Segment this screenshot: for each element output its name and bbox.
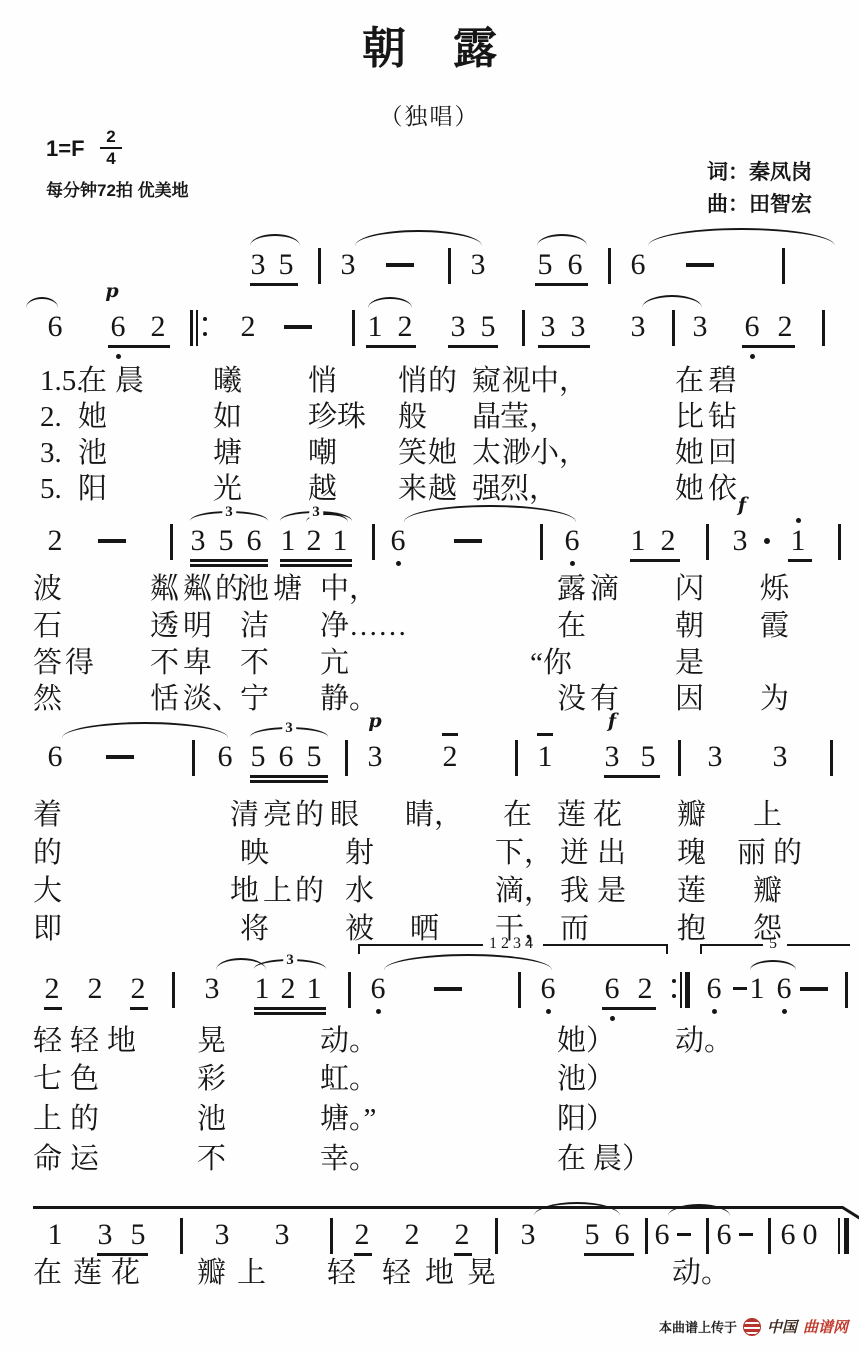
lyric-syllable: 莲: [557, 800, 586, 832]
note-digit: 6: [371, 974, 386, 1004]
lyric-syllable: 轻: [327, 1258, 356, 1290]
short-dash: [677, 1233, 691, 1236]
lyric-syllable: 睛，: [405, 800, 463, 832]
lyric-syllable: 下，: [495, 838, 553, 870]
barline: [170, 524, 173, 560]
lyric-syllable: 她: [675, 438, 704, 470]
tuplet-number: 3: [283, 953, 297, 968]
beam-underline: [254, 1007, 326, 1010]
note-digit: 2: [241, 312, 256, 342]
beam-underline: [250, 283, 298, 286]
note-digit: 2: [131, 974, 146, 1004]
note-digit: 5: [307, 742, 322, 772]
lyric-syllable: 在: [557, 1144, 586, 1176]
lyric-syllable: 将: [240, 914, 269, 946]
repeat-dot: [672, 979, 676, 983]
lyric-syllable: 虹。: [320, 1064, 378, 1096]
note-digit: 2: [151, 312, 166, 342]
lyric-syllable: 嘲: [308, 438, 337, 470]
phrase-top-line: [33, 1206, 843, 1209]
octave-dot-below: [116, 354, 121, 359]
lyric-syllable: 地: [425, 1258, 454, 1290]
lyric-syllable: 亮: [263, 800, 292, 832]
beam-underline: [254, 1012, 326, 1015]
note-digit: 2: [661, 526, 676, 556]
lyric-syllable: 是: [675, 648, 704, 680]
note-digit: 6: [777, 974, 792, 1004]
lyric-syllable: 幸。: [320, 1144, 378, 1176]
note-digit: 2: [307, 526, 322, 556]
final-barline-thin: [838, 1218, 840, 1254]
note-digit: 2: [48, 526, 63, 556]
note-digit: 6: [781, 1220, 796, 1250]
barline: [706, 524, 709, 560]
site-logo-icon: [743, 1318, 761, 1336]
lyric-syllable: 钻: [708, 402, 737, 434]
note-digit: 2: [778, 312, 793, 342]
lyric-syllable: 在: [557, 611, 586, 643]
lyric-syllable: 彩: [197, 1064, 226, 1096]
lyric-syllable: 回: [708, 438, 737, 470]
lyric-syllable: 的: [70, 1104, 99, 1136]
lyric-syllable: 莹，: [500, 402, 558, 434]
lyric-syllable: 滴: [590, 574, 619, 606]
lyric-syllable: 瓣: [677, 800, 706, 832]
note-digit: 5: [538, 250, 553, 280]
lyric-syllable: 阳: [78, 474, 107, 506]
beam-underline: [190, 559, 268, 562]
note-digit: 5: [279, 250, 294, 280]
lyric-syllable: 然: [33, 684, 62, 716]
lyric-syllable: “你: [530, 648, 572, 680]
note-digit: 2: [88, 974, 103, 1004]
volta-bracket-hook: [666, 944, 668, 954]
repeat-begin-bar: [196, 310, 198, 346]
beam-underline: [280, 559, 352, 562]
lyric-syllable: 小，: [530, 438, 588, 470]
note-digit: 1: [791, 526, 806, 556]
barline: [448, 248, 451, 284]
note-digit: 3: [693, 312, 708, 342]
lyric-syllable: 晶: [472, 402, 501, 434]
slur-tie-arc: [368, 297, 412, 308]
duration-dash: [106, 755, 134, 759]
lyric-syllable: 得: [65, 648, 94, 680]
lyric-syllable: 珍: [308, 402, 337, 434]
lyric-syllable: 恬: [150, 684, 179, 716]
note-digit: 3: [191, 526, 206, 556]
note-digit: 5: [219, 526, 234, 556]
slur-tie-arc: [642, 295, 702, 308]
lyric-syllable: 出: [597, 838, 626, 870]
lyric-syllable: 映: [240, 838, 269, 870]
lyric-syllable: 粼: [183, 574, 212, 606]
song-subtitle: （独唱）: [0, 98, 859, 131]
lyric-syllable: 阳）: [557, 1104, 615, 1136]
site-name-dark: 中国: [767, 1316, 797, 1337]
lyric-syllable: 珠: [337, 402, 366, 434]
lyric-syllable: 瓣: [197, 1258, 226, 1290]
lyric-syllable: 笑: [398, 438, 427, 470]
note-digit: 3: [368, 742, 383, 772]
lyric-syllable: 朝: [675, 611, 704, 643]
note-digit: 2: [355, 1220, 370, 1250]
barline: [782, 248, 785, 284]
short-dash: [733, 987, 747, 990]
beam-underline: [366, 345, 416, 348]
note-digit: 3: [773, 742, 788, 772]
note-digit: 3: [215, 1220, 230, 1250]
note-digit: 1: [538, 742, 553, 772]
lyric-syllable: 被: [345, 914, 374, 946]
lyric-syllable: 般: [398, 402, 427, 434]
barline: [352, 310, 355, 346]
beam-underline: [250, 775, 328, 778]
barline: [645, 1218, 648, 1254]
lyric-syllable: 宁: [240, 684, 269, 716]
lyric-syllable: 莲: [677, 876, 706, 908]
beam-underline: [602, 1007, 656, 1010]
lyric-syllable: 来: [398, 474, 427, 506]
repeat-dot: [203, 332, 207, 336]
octave-dot-below: [610, 1016, 615, 1021]
lyric-syllable: 闪: [675, 574, 704, 606]
lyric-syllable: 池: [197, 1104, 226, 1136]
octave-dot-below: [570, 561, 575, 566]
lyric-syllable: 越: [308, 474, 337, 506]
note-digit: 2: [443, 742, 458, 772]
lyric-syllable: 动。: [672, 1258, 730, 1290]
lyric-syllable: 瓣: [753, 876, 782, 908]
lyric-syllable: 曦: [213, 366, 242, 398]
duration-dash: [454, 539, 482, 543]
lyric-syllable: 悄: [398, 366, 427, 398]
lyric-syllable: 塘。”: [320, 1104, 376, 1136]
lyric-syllable: 在: [675, 366, 704, 398]
lyric-syllable: 静。: [320, 684, 378, 716]
lyric-syllable: 瑰: [677, 838, 706, 870]
note-digit: 3: [451, 312, 466, 342]
footer: 本曲谱上传于 中国 曲谱网: [0, 1316, 848, 1337]
tenuto-line: [537, 733, 553, 736]
note-digit: 1: [48, 1220, 63, 1250]
lyric-syllable: 我: [560, 876, 589, 908]
lyric-syllable: 1.5.: [40, 366, 84, 398]
slur-tie-arc: [355, 230, 482, 246]
barline: [180, 1218, 183, 1254]
lyric-syllable: 轻: [70, 1026, 99, 1058]
note-digit: 2: [45, 974, 60, 1004]
lyric-syllable: 七: [33, 1064, 62, 1096]
lyric-syllable: 有: [590, 684, 619, 716]
barline: [372, 524, 375, 560]
tuplet-number: 3: [309, 505, 323, 520]
lyric-syllable: 迸: [560, 838, 589, 870]
lyricist-credit: 词：秦凤岗: [580, 156, 812, 186]
lyric-syllable: 粼: [150, 574, 179, 606]
repeat-end-bar: [685, 972, 690, 1008]
lyric-syllable: 越: [428, 474, 457, 506]
lyric-syllable: 在: [33, 1258, 62, 1290]
site-name-red: 曲谱网: [803, 1316, 848, 1337]
repeat-dot: [203, 317, 207, 321]
note-digit: 6: [279, 742, 294, 772]
lyric-syllable: 晃: [197, 1026, 226, 1058]
note-digit: 1: [631, 526, 646, 556]
lyric-syllable: 动。: [675, 1026, 733, 1058]
lyric-syllable: 洁: [240, 611, 269, 643]
lyric-syllable: 池）: [557, 1064, 615, 1096]
note-digit: 6: [717, 1220, 732, 1250]
lyric-syllable: 池: [240, 574, 269, 606]
note-digit: 3: [251, 250, 266, 280]
slur-tie-arc: [534, 1202, 620, 1216]
octave-dot-below: [396, 561, 401, 566]
lyric-syllable: 依: [708, 474, 737, 506]
augmentation-dot: [764, 538, 770, 544]
slur-tie-arc: [250, 234, 300, 246]
lyric-syllable: 淡、: [183, 684, 241, 716]
barline: [830, 740, 833, 776]
time-signature-bottom: 4: [106, 149, 115, 168]
lyric-syllable: 她: [675, 474, 704, 506]
lyric-syllable: 烁: [760, 574, 789, 606]
note-digit: 3: [571, 312, 586, 342]
octave-dot-below: [750, 354, 755, 359]
lyric-syllable: 亢: [320, 648, 349, 680]
lyric-syllable: 晨: [115, 366, 144, 398]
note-digit: 1: [255, 974, 270, 1004]
dynamic-marking: p: [105, 280, 118, 302]
note-digit: 3: [205, 974, 220, 1004]
barline: [706, 1218, 709, 1254]
lyric-syllable: 烈，: [500, 474, 558, 506]
lyric-syllable: 塘: [213, 438, 242, 470]
note-digit: 2: [281, 974, 296, 1004]
beam-underline: [538, 345, 590, 348]
lyric-syllable: 射: [345, 838, 374, 870]
lyric-syllable: 强: [472, 474, 501, 506]
lyric-syllable: 为: [760, 684, 789, 716]
composer-credit: 曲：田智宏: [580, 188, 812, 218]
note-digit: 1: [307, 974, 322, 1004]
lyric-syllable: 轻: [33, 1026, 62, 1058]
lyric-syllable: 的: [295, 800, 324, 832]
lyric-syllable: 大: [33, 876, 62, 908]
note-digit: 3: [275, 1220, 290, 1250]
lyric-syllable: 的: [773, 838, 802, 870]
slur-tie-arc: [404, 505, 576, 522]
note-digit: 5: [131, 1220, 146, 1250]
lyric-syllable: 晨）: [593, 1144, 651, 1176]
lyric-syllable: 而: [560, 914, 589, 946]
lyric-syllable: 池: [78, 438, 107, 470]
barline: [540, 524, 543, 560]
note-digit: 2: [405, 1220, 420, 1250]
barline: [522, 310, 525, 346]
short-dash: [739, 1233, 753, 1236]
note-digit: 2: [455, 1220, 470, 1250]
note-digit: 3: [98, 1220, 113, 1250]
repeat-dot: [672, 994, 676, 998]
note-digit: 2: [638, 974, 653, 1004]
lyric-syllable: 晒: [410, 914, 439, 946]
barline: [330, 1218, 333, 1254]
barline: [345, 740, 348, 776]
barline: [608, 248, 611, 284]
note-digit: 6: [48, 742, 63, 772]
lyric-syllable: 因: [675, 684, 704, 716]
lyric-syllable: 渺: [502, 438, 531, 470]
note-digit: 3: [631, 312, 646, 342]
lyric-syllable: 她）: [557, 1026, 615, 1058]
octave-dot-below: [712, 1009, 717, 1014]
beam-underline: [130, 1007, 148, 1010]
barline: [495, 1218, 498, 1254]
barline: [678, 740, 681, 776]
note-digit: 5: [641, 742, 656, 772]
note-digit: 5: [251, 742, 266, 772]
barline: [318, 248, 321, 284]
beam-underline: [190, 564, 268, 567]
lyric-syllable: 窥: [472, 366, 501, 398]
lyric-syllable: 的: [428, 366, 457, 398]
beam-underline: [97, 1253, 148, 1256]
slur-tie-arc: [648, 228, 835, 246]
lyric-syllable: 花: [111, 1258, 140, 1290]
beam-underline: [44, 1007, 62, 1010]
lyric-syllable: 在: [78, 366, 107, 398]
lyric-syllable: 的: [295, 876, 324, 908]
note-digit: 0: [803, 1220, 818, 1250]
note-digit: 6: [707, 974, 722, 1004]
lyric-syllable: 中，: [530, 366, 588, 398]
lyric-syllable: 中，: [320, 574, 378, 606]
barline: [845, 972, 848, 1008]
note-digit: 1: [281, 526, 296, 556]
lyric-syllable: 上: [263, 876, 292, 908]
beam-underline: [535, 283, 588, 286]
tempo-marking: 每分钟72拍 优美地: [46, 176, 189, 201]
lyric-syllable: 3.: [40, 438, 62, 470]
note-digit: 6: [745, 312, 760, 342]
barline: [518, 972, 521, 1008]
slur-tie-arc: [62, 722, 228, 738]
lyric-syllable: 上: [33, 1104, 62, 1136]
beam-underline: [742, 345, 795, 348]
lyric-syllable: 眼: [330, 800, 359, 832]
lyric-syllable: 不: [150, 648, 179, 680]
note-digit: 3: [471, 250, 486, 280]
octave-dot-below: [376, 1009, 381, 1014]
barline: [515, 740, 518, 776]
lyric-syllable: 轻: [382, 1258, 411, 1290]
slur-tie-arc: [26, 297, 58, 308]
lyric-syllable: 塘: [273, 574, 302, 606]
beam-underline: [454, 1253, 472, 1256]
key-signature: 1=F: [46, 136, 85, 162]
lyric-syllable: 地: [230, 876, 259, 908]
barline: [822, 310, 825, 346]
note-digit: 6: [48, 312, 63, 342]
note-digit: 6: [655, 1220, 670, 1250]
note-digit: 6: [111, 312, 126, 342]
beam-underline: [354, 1253, 372, 1256]
duration-dash: [98, 539, 126, 543]
note-digit: 1: [333, 526, 348, 556]
lyric-syllable: 卑: [183, 648, 212, 680]
tuplet-number: 3: [222, 505, 236, 520]
lyric-syllable: 莲: [73, 1258, 102, 1290]
lyric-syllable: 2.: [40, 402, 62, 434]
lyric-syllable: 晃: [467, 1258, 496, 1290]
lyric-syllable: 的: [33, 838, 62, 870]
beam-underline: [108, 345, 170, 348]
lyric-syllable: 霞: [760, 611, 789, 643]
lyric-syllable: 悄: [308, 366, 337, 398]
uploaded-by-text: 本曲谱上传于: [659, 1317, 737, 1336]
octave-dot-below: [782, 1009, 787, 1014]
lyric-syllable: 碧: [708, 366, 737, 398]
beam-underline: [250, 780, 328, 783]
duration-dash: [800, 987, 828, 991]
lyric-syllable: 露: [557, 574, 586, 606]
note-digit: 6: [605, 974, 620, 1004]
lyric-syllable: 没: [557, 684, 586, 716]
lyric-syllable: 如: [213, 402, 242, 434]
lyric-syllable: 光: [213, 474, 242, 506]
beam-underline: [604, 775, 660, 778]
lyric-syllable: 命: [33, 1144, 62, 1176]
lyric-syllable: 不: [197, 1144, 226, 1176]
beam-underline: [584, 1253, 634, 1256]
note-digit: 1: [750, 974, 765, 1004]
lyric-syllable: 视: [502, 366, 531, 398]
lyric-syllable: 明: [183, 611, 212, 643]
lyric-syllable: 上: [237, 1258, 266, 1290]
lyric-syllable: 怨: [753, 914, 782, 946]
tenuto-line: [442, 733, 458, 736]
lyric-syllable: 是: [597, 876, 626, 908]
song-title: 朝 露: [0, 12, 859, 76]
final-barline-thick: [844, 1218, 849, 1254]
lyric-syllable: 色: [70, 1064, 99, 1096]
duration-dash: [686, 263, 714, 267]
note-digit: 2: [398, 312, 413, 342]
lyric-syllable: 水: [345, 876, 374, 908]
lyric-syllable: 太: [472, 438, 501, 470]
lyric-syllable: 干，: [495, 914, 553, 946]
barline: [348, 972, 351, 1008]
duration-dash: [386, 263, 414, 267]
slur-tie-arc: [750, 960, 796, 970]
lyric-syllable: 着: [33, 800, 62, 832]
note-digit: 1: [368, 312, 383, 342]
note-digit: 6: [391, 526, 406, 556]
beam-underline: [448, 345, 498, 348]
lyric-syllable: 即: [33, 914, 62, 946]
note-digit: 3: [541, 312, 556, 342]
note-digit: 6: [631, 250, 646, 280]
lyric-syllable: 抱: [677, 914, 706, 946]
beam-underline: [630, 559, 680, 562]
lyric-syllable: 答: [33, 648, 62, 680]
lyric-syllable: 运: [70, 1144, 99, 1176]
note-digit: 3: [521, 1220, 536, 1250]
beam-underline: [280, 564, 352, 567]
note-digit: 6: [565, 526, 580, 556]
repeat-end-bar: [680, 972, 682, 1008]
